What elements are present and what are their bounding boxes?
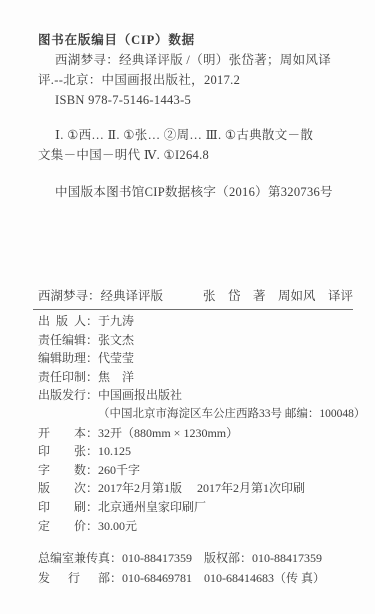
publisher-address: （中国北京市海淀区车公庄西路33号 邮编：100048） [38,405,361,424]
info-label: 字数 [38,461,86,480]
colon: ： [86,426,98,440]
contact-row-distribution: 发行部：010-68469781 010-68414683（传 真） [38,568,365,588]
colon: ： [86,370,98,384]
book-title: 西湖梦寻：经典译评版 [38,286,163,306]
contact-block: 总编室兼传真：010-88417359 版权部：010-88417359 发行部… [38,548,365,588]
info-label: 印张 [38,442,86,461]
contact-row-editorial-office: 总编室兼传真：010-88417359 版权部：010-88417359 [38,548,365,568]
colon: ： [110,571,122,585]
colon: ： [86,463,98,477]
info-value: 30.00元 [98,519,137,533]
info-label: 定价 [38,517,86,536]
info-label: 出版发行 [38,386,86,405]
cip-record-line-1: 西湖梦寻：经典译评版 /（明）张岱著；周如风译 [38,50,357,70]
divider-rule [33,309,353,310]
author-credits: 张 岱 著 周如风 译评 [203,286,353,306]
info-value: 张文杰 [98,333,134,347]
info-value: 代莹莹 [98,351,134,365]
info-row-word-count: 字数：260千字 [38,461,361,480]
cip-header: 图书在版编目（CIP）数据 [38,30,357,50]
info-value: 32开（880mm × 1230mm） [98,426,238,440]
colon: ： [86,500,98,514]
isbn-line: ISBN 978-7-5146-1443-5 [38,90,357,110]
contact-value: 010-88417359 版权部：010-88417359 [122,551,322,565]
info-value: 2017年2月第1版 2017年2月第1次印刷 [98,481,305,495]
colon: ： [86,314,98,328]
info-value: 焦 洋 [98,370,134,384]
info-label: 印刷 [38,498,86,517]
info-value: 北京通州皇家印刷厂 [98,500,206,514]
classification-line-1: Ⅰ. ①西… Ⅱ. ①张… ②周… Ⅲ. ①古典散文－散 [38,125,357,145]
contact-label: 总编室兼传真 [38,548,110,568]
info-row-sheets: 印张：10.125 [38,442,361,461]
info-row-publisher-person: 出版人：于九涛 [38,312,361,331]
cip-record-line-2: 评.--北京：中国画报出版社，2017.2 [38,70,357,90]
info-row-editor: 责任编辑：张文杰 [38,331,361,350]
colon: ： [86,351,98,365]
info-label: 责任编辑 [38,331,86,350]
info-row-price: 定价：30.00元 [38,517,361,536]
info-value: 于九涛 [98,314,134,328]
contact-value: 010-68469781 010-68414683（传 真） [122,571,325,585]
cip-block: 图书在版编目（CIP）数据 西湖梦寻：经典译评版 /（明）张岱著；周如风译 评.… [38,30,357,202]
info-row-print-supervisor: 责任印制：焦 洋 [38,368,361,387]
info-value: 260千字 [98,463,140,477]
title-row: 西湖梦寻：经典译评版 张 岱 著 周如风 译评 [38,286,353,306]
publishing-info-block: 出版人：于九涛 责任编辑：张文杰 编辑助理：代莹莹 责任印制：焦 洋 出版发行：… [38,312,361,535]
colon: ： [86,519,98,533]
info-row-publisher: 出版发行：中国画报出版社 [38,386,361,405]
colon: ： [86,388,98,402]
colon: ： [86,333,98,347]
colon: ： [86,481,98,495]
copyright-page: 图书在版编目（CIP）数据 西湖梦寻：经典译评版 /（明）张岱著；周如风译 评.… [0,0,375,614]
colon: ： [110,551,122,565]
info-label: 编辑助理 [38,349,86,368]
info-value: 10.125 [98,444,131,458]
cip-registry: 中国版本图书馆CIP数据核字（2016）第320736号 [38,182,357,202]
contact-label: 发行部 [38,568,110,588]
info-row-editorial-assistant: 编辑助理：代莹莹 [38,349,361,368]
info-label: 开本 [38,424,86,443]
colon: ： [86,444,98,458]
info-row-format: 开本：32开（880mm × 1230mm） [38,424,361,443]
info-label: 出版人 [38,312,86,331]
info-row-edition: 版次：2017年2月第1版 2017年2月第1次印刷 [38,479,361,498]
info-row-printer: 印刷：北京通州皇家印刷厂 [38,498,361,517]
info-label: 版次 [38,479,86,498]
info-label: 责任印制 [38,368,86,387]
classification-line-2: 文集－中国－明代 Ⅳ. ①I264.8 [38,145,357,165]
info-value: 中国画报出版社 [98,388,182,402]
